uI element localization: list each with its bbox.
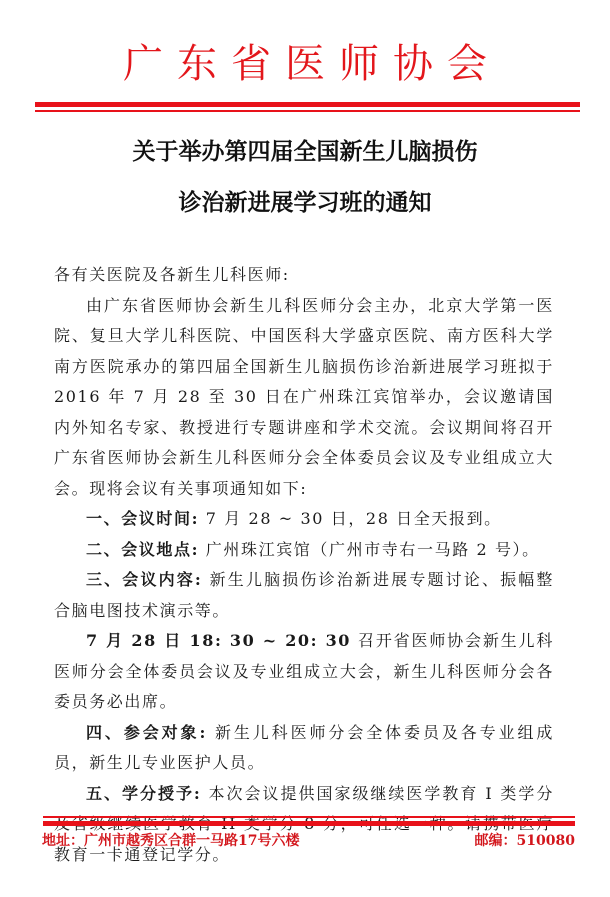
letterhead-org-name: 广东省医师协会 [0,40,610,88]
header-rule-thin [35,110,580,112]
item-attendees: 四、参会对象: 新生儿科医师分会全体委员及各专业组成员，新生儿专业医护人员。 [54,718,554,779]
item-time: 一、会议时间: 7 月 28 ~ 30 日，28 日全天报到。 [54,504,554,535]
header-rule-thick [35,102,580,107]
footer-postcode: 邮编：510080 [475,830,575,850]
item-label: 五、学分授予: [86,784,201,803]
footer-rule-thin [43,816,575,818]
document-body: 各有关医院及各新生儿科医师: 由广东省医师协会新生儿科医师分会主办，北京大学第一… [54,260,554,870]
item-text: 广州珠江宾馆（广州市寺右一马路 2 号）。 [199,540,540,559]
item-content: 三、会议内容: 新生儿脑损伤诊治新进展专题讨论、振幅整合脑电图技术演示等。 [54,565,554,626]
footer-rule-thick [43,821,575,826]
item-label: 一、会议时间: [86,509,199,528]
item-location: 二、会议地点: 广州珠江宾馆（广州市寺右一马路 2 号）。 [54,535,554,566]
meeting-note-time: 7 月 28 日 18: 30 ~ 20: 30 [86,631,351,650]
meeting-note: 7 月 28 日 18: 30 ~ 20: 30 召开省医师协会新生儿科医师分会… [54,626,554,718]
item-text: 7 月 28 ~ 30 日，28 日全天报到。 [199,509,502,528]
item-label: 四、参会对象: [86,723,207,742]
document-title-line2: 诊治新进展学习班的通知 [0,188,610,218]
intro-paragraph: 由广东省医师协会新生儿科医师分会主办，北京大学第一医院、复旦大学儿科医院、中国医… [54,291,554,505]
item-label: 二、会议地点: [86,540,199,559]
document-title-line1: 关于举办第四届全国新生儿脑损伤 [0,137,610,167]
item-label: 三、会议内容: [86,570,202,589]
footer-address: 地址：广州市越秀区合群一马路17号六楼 [42,830,299,850]
salutation: 各有关医院及各新生儿科医师: [54,260,554,291]
